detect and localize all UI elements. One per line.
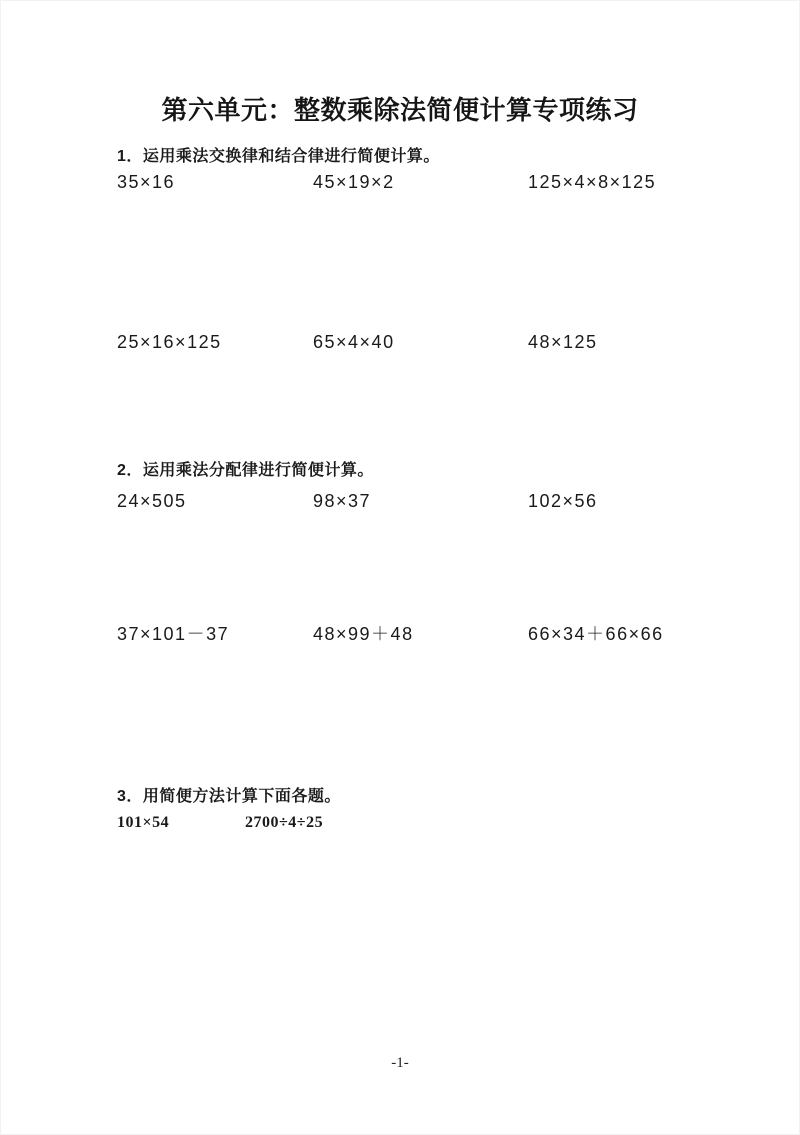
page-title: 第六单元：整数乘除法简便计算专项练习 xyxy=(0,90,800,127)
section-3-heading: 3．用简便方法计算下面各题。 xyxy=(117,783,341,806)
section-2-row-1: 24×505 98×37 102×56 xyxy=(117,491,740,512)
math-expression: 25×16×125 xyxy=(117,332,313,353)
math-expression: 101×54 xyxy=(117,814,245,832)
math-expression: 66×34＋66×66 xyxy=(528,620,740,646)
math-expression: 48×125 xyxy=(528,332,740,353)
math-expression: 98×37 xyxy=(313,491,528,512)
math-expression: 45×19×2 xyxy=(313,172,528,193)
section-1-heading: 1．运用乘法交换律和结合律进行简便计算。 xyxy=(117,143,440,166)
math-expression: 37×101－37 xyxy=(117,620,313,646)
worksheet-page: 第六单元：整数乘除法简便计算专项练习 1．运用乘法交换律和结合律进行简便计算。 … xyxy=(0,0,800,1135)
math-expression: 24×505 xyxy=(117,491,313,512)
section-3-row-1: 101×54 2700÷4÷25 xyxy=(117,814,740,832)
section-2-row-2: 37×101－37 48×99＋48 66×34＋66×66 xyxy=(117,620,740,646)
math-expression: 125×4×8×125 xyxy=(528,172,740,193)
math-expression: 65×4×40 xyxy=(313,332,528,353)
section-1-row-2: 25×16×125 65×4×40 48×125 xyxy=(117,332,740,353)
section-1-row-1: 35×16 45×19×2 125×4×8×125 xyxy=(117,172,740,193)
section-2-heading: 2．运用乘法分配律进行简便计算。 xyxy=(117,457,374,480)
page-number: -1- xyxy=(0,1055,800,1072)
math-expression: 48×99＋48 xyxy=(313,620,528,646)
math-expression: 35×16 xyxy=(117,172,313,193)
math-expression: 102×56 xyxy=(528,491,740,512)
math-expression: 2700÷4÷25 xyxy=(245,814,740,832)
